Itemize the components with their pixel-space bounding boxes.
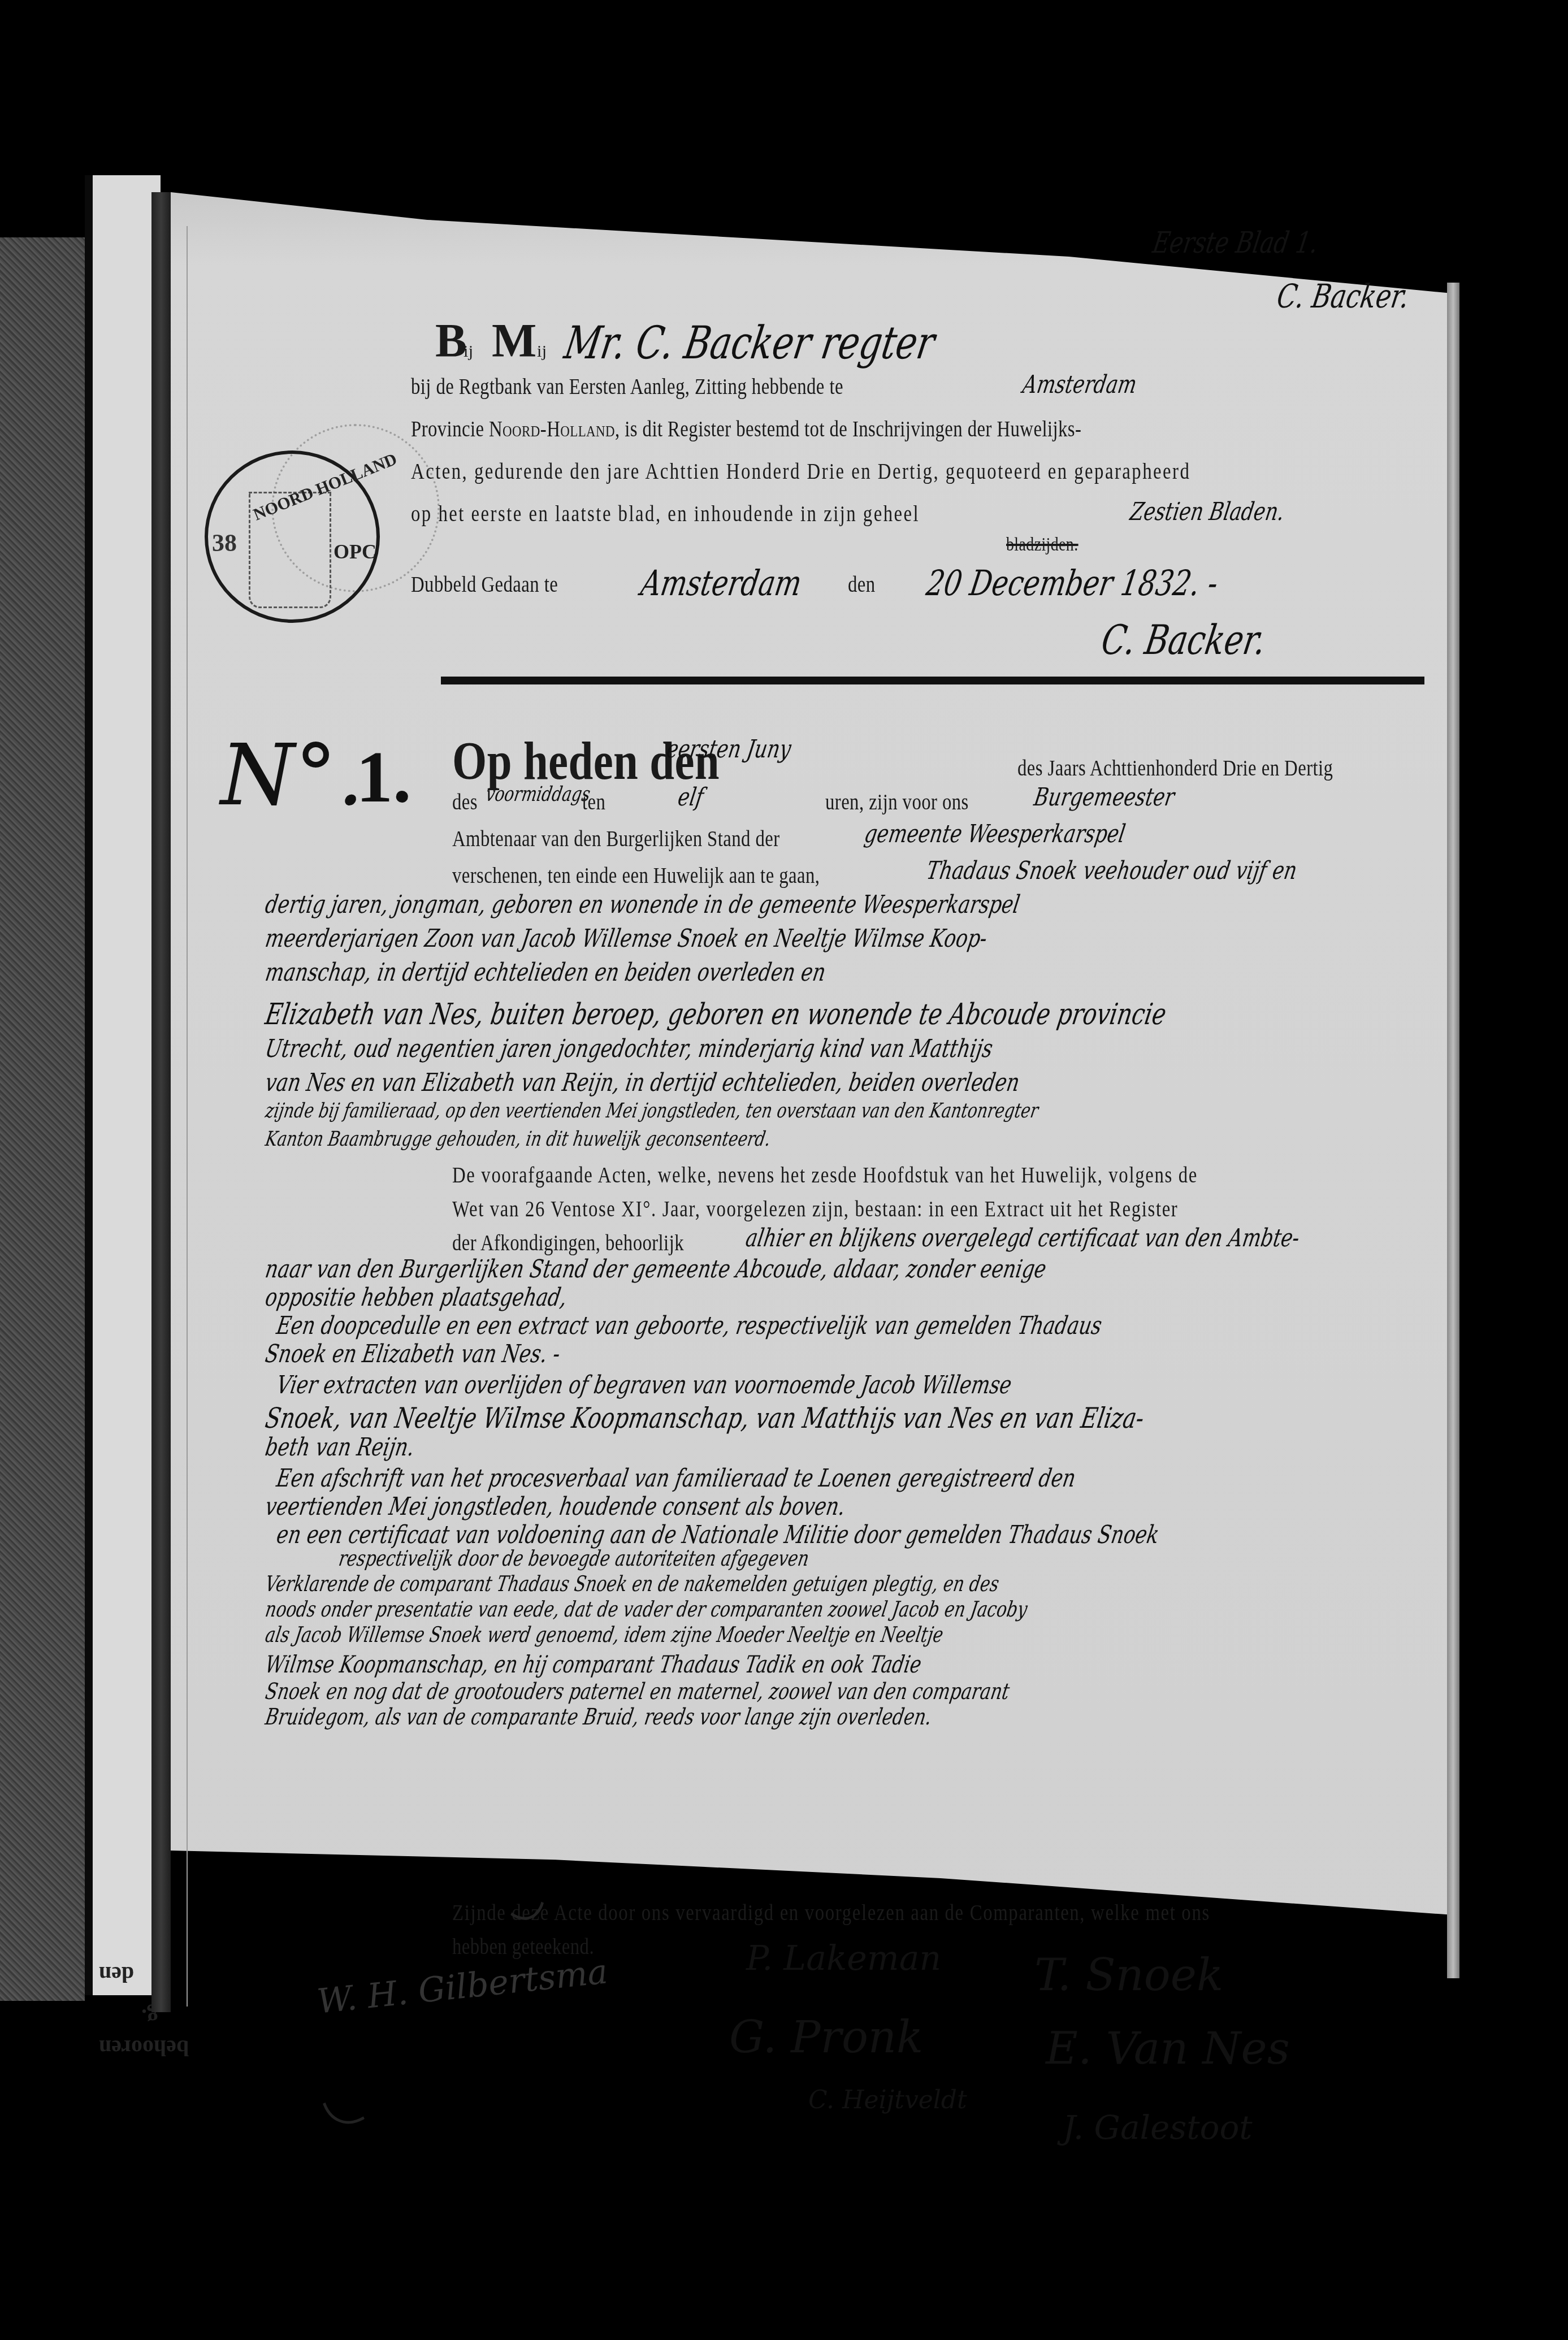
hand-line: Elizabeth van Nes, buiten beroep, gebore… xyxy=(263,998,1169,1032)
paraph-flourish xyxy=(308,2021,405,2134)
act-line-3: Ambtenaar van den Burgerlijken Stand der xyxy=(452,825,780,852)
hand-line: alhier en blijkens overgelegd certificaa… xyxy=(744,1224,1302,1253)
act-line-2-uren: uren, zijn voor ons xyxy=(825,788,969,815)
hand-line: veertienden Mei jongstleden, houdende co… xyxy=(263,1492,847,1521)
header-line-5b: den xyxy=(848,571,876,597)
hand-line: manschap, in dertijd echtelieden en beid… xyxy=(263,958,828,987)
drop-cap-b: B xyxy=(435,314,467,369)
scanner-backing xyxy=(0,237,85,2001)
hand-line: noods onder presentatie van eede, dat de… xyxy=(263,1597,1029,1622)
header-line-3: Acten, gedurende den jare Achttien Honde… xyxy=(411,458,1190,484)
drop-cap-b-suffix: ij xyxy=(464,342,474,361)
hand-line: Een doopcedulle en een extract van geboo… xyxy=(275,1311,1104,1340)
print-line: Wet van 26 Ventose XI°. Jaar, voorgeleze… xyxy=(452,1195,1178,1222)
act-municipality: gemeente Weesperkarspel xyxy=(863,820,1128,848)
header-page-count: Zestien Bladen. xyxy=(1128,497,1287,526)
act-official-title: Burgemeester xyxy=(1032,783,1177,812)
hand-line: Wilmse Koopmanschap, en hij comparant Th… xyxy=(263,1650,924,1678)
hand-line: van Nes en van Elizabeth van Reijn, in d… xyxy=(263,1068,1022,1097)
signature-van-nes: E. Van Nes xyxy=(1046,2023,1290,2074)
act-hour: elf xyxy=(676,783,705,812)
signature-lakeman: P. Lakeman xyxy=(746,1939,941,1978)
stamp-code: OPC xyxy=(333,540,376,564)
signature-official: W. H. Gilbertsma xyxy=(315,1952,610,2022)
act-time-of-day: voormiddags xyxy=(484,783,592,806)
stub-text-behooren: behooren xyxy=(99,2035,189,2061)
page-right-edge xyxy=(1447,283,1459,1978)
signature-snoek: T. Snoek xyxy=(1034,1950,1223,2001)
header-signature: C. Backer. xyxy=(1098,616,1270,664)
hand-line: oppositie hebben plaatsgehad, xyxy=(263,1283,569,1312)
previous-page-stub xyxy=(85,175,161,1995)
header-line-4: op het eerste en laatste blad, en inhoud… xyxy=(411,500,920,527)
stamp-number: 38 xyxy=(212,528,237,557)
signature-galestoot: J. Galestoot xyxy=(1063,2108,1253,2147)
act-number: 1. xyxy=(356,735,412,820)
act-line-2-des: des xyxy=(452,788,478,815)
print-line: der Afkondigingen, behoorlijk xyxy=(452,1229,684,1256)
hand-line: Utrecht, oud negentien jaren jongedochte… xyxy=(263,1034,995,1063)
struck-bladzijden: bladzijden. xyxy=(1006,534,1078,556)
act-date: eersten Juny xyxy=(665,735,794,764)
hand-line: en een certificaat van voldoening aan de… xyxy=(275,1520,1162,1549)
hand-line: dertig jaren, jongman, geboren en wonend… xyxy=(263,890,1022,919)
act-line-2-ten: ten xyxy=(582,788,605,815)
margin-rule xyxy=(187,226,188,2007)
header-done-date: 20 December 1832. - xyxy=(924,562,1221,604)
page-annotation-eerste-blad: Eerste Blad 1. xyxy=(1150,226,1320,260)
print-line: De voorafgaande Acten, welke, nevens het… xyxy=(452,1162,1198,1188)
hand-line: respectivelijk door de bevoegde autorite… xyxy=(337,1546,811,1571)
groom-intro: Thadaus Snoek veehouder oud vijf en xyxy=(925,856,1299,885)
header-place: Amsterdam xyxy=(1021,370,1139,399)
hand-line: Kanton Baambrugge gehouden, in dit huwel… xyxy=(264,1128,773,1151)
binding-gutter xyxy=(151,192,171,2012)
hand-line: naar van den Burgerlijken Stand der geme… xyxy=(263,1255,1049,1284)
hand-line: Snoek, van Neeltje Wilmse Koopmanschap, … xyxy=(263,1402,1146,1435)
hand-line: beth van Reijn. xyxy=(263,1433,417,1462)
closing-line-1: Zijnde deze Acte door ons vervaardigd en… xyxy=(452,1899,1210,1926)
stub-text-den: den xyxy=(99,1961,134,1988)
page-annotation-backer: C. Backer. xyxy=(1274,277,1412,315)
signature-pronk: G. Pronk xyxy=(729,2012,923,2063)
hand-line: Bruidegom, als van de comparante Bruid, … xyxy=(263,1704,934,1730)
hand-line: Vier extracten van overlijden of begrave… xyxy=(275,1371,1014,1399)
hand-line: zijnde bij familieraad, op den veertiend… xyxy=(264,1099,1040,1123)
drop-cap-m: M xyxy=(492,314,537,369)
hand-line: meerderjarigen Zoon van Jacob Willemse S… xyxy=(263,924,989,953)
hand-line: Snoek en nog dat de grootouders paternel… xyxy=(263,1679,1011,1705)
hand-line: Snoek en Elizabeth van Nes. - xyxy=(263,1340,562,1368)
signature-heijtveldt: C. Heijtveldt xyxy=(808,2086,967,2114)
section-divider xyxy=(441,677,1424,684)
hand-line: als Jacob Willemse Snoek werd genoemd, i… xyxy=(263,1622,945,1647)
act-number-label: N°. xyxy=(220,726,364,825)
act-year-text: des Jaars Achttienhonderd Drie en Dertig xyxy=(1017,755,1333,781)
judge-name: Mr. C. Backer regter xyxy=(561,317,938,369)
header-done-place: Amsterdam xyxy=(638,562,805,604)
drop-cap-m-suffix: ij xyxy=(537,342,547,361)
header-line-1: bij de Regtbank van Eersten Aanleg, Zitt… xyxy=(411,373,843,400)
hand-line: Een afschrift van het procesverbaal van … xyxy=(275,1464,1078,1493)
act-line-4: verschenen, ten einde een Huwelijk aan t… xyxy=(452,862,820,889)
header-line-5a: Dubbeld Gedaan te xyxy=(411,571,558,597)
header-line-2: Provincie Noord-Holland, is dit Register… xyxy=(411,415,1081,442)
hand-line: Verklarende de comparant Thadaus Snoek e… xyxy=(263,1571,1000,1596)
